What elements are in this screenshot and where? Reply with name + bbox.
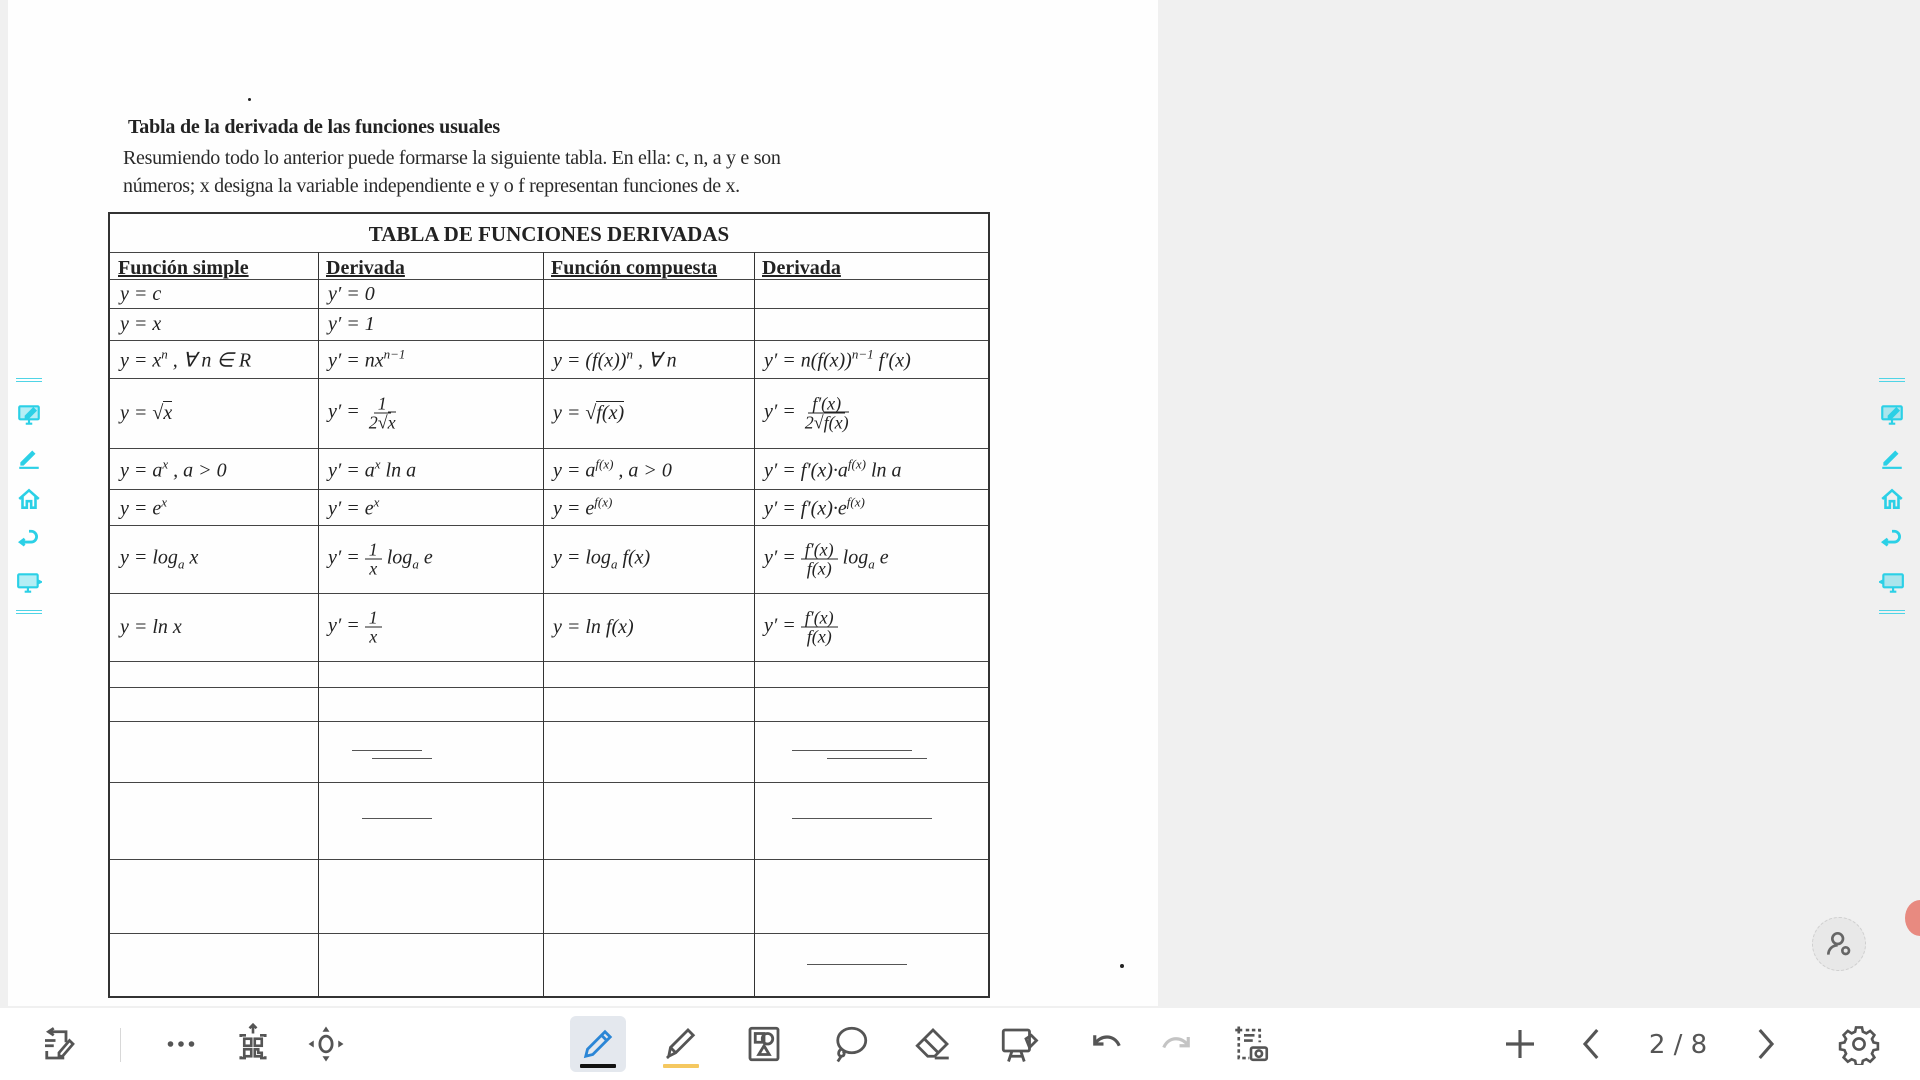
column-divider xyxy=(318,252,319,996)
pen-icon[interactable] xyxy=(14,442,44,472)
left-side-toolbar xyxy=(8,378,48,618)
column-header: Función compuesta xyxy=(551,257,717,280)
table-cell-compound-deriv: y′ = n(f(x))n−1 f′(x) xyxy=(764,348,911,371)
speck xyxy=(1120,964,1124,968)
user-icon xyxy=(1823,928,1855,960)
derivatives-table: TABLA DE FUNCIONES DERIVADAS Función sim… xyxy=(108,212,990,998)
floating-indicator[interactable] xyxy=(1905,900,1920,936)
shapes-tool-button[interactable] xyxy=(736,1016,792,1072)
qr-share-icon xyxy=(232,1023,274,1065)
pen-icon xyxy=(577,1023,619,1065)
annotate-screen-icon[interactable] xyxy=(1877,400,1907,430)
highlighter-icon xyxy=(660,1023,702,1065)
table-cell-compound-deriv: y′ = f′(x)f(x) loga e xyxy=(764,541,889,578)
table-rule xyxy=(110,489,988,490)
eraser-tool-button[interactable] xyxy=(905,1016,961,1072)
table-cell-simple: y = ex xyxy=(120,496,167,519)
pencil-mark xyxy=(827,758,927,759)
highlighter-tool-button[interactable] xyxy=(653,1016,709,1072)
collapse-handle[interactable] xyxy=(1879,378,1905,382)
screenshot-icon xyxy=(1230,1023,1272,1065)
table-rule xyxy=(110,378,988,379)
speck xyxy=(248,98,251,101)
table-rule xyxy=(110,782,988,783)
table-rule xyxy=(110,661,988,662)
table-cell-simple-deriv: y′ = ax ln a xyxy=(328,457,416,480)
pen-color-indicator xyxy=(580,1064,616,1068)
collapse-handle[interactable] xyxy=(1879,610,1905,614)
column-divider xyxy=(543,252,544,996)
plus-icon xyxy=(1499,1023,1541,1065)
pencil-mark xyxy=(352,750,422,751)
highlighter-color-indicator xyxy=(663,1064,699,1068)
screenshot-button[interactable] xyxy=(1223,1016,1279,1072)
table-rule xyxy=(110,448,988,449)
table-cell-simple: y = √x xyxy=(120,403,172,423)
table-cell-compound-deriv: y′ = f′(x)2√f(x) xyxy=(764,395,853,432)
annotate-screen-icon[interactable] xyxy=(14,400,44,430)
next-page-button[interactable] xyxy=(1737,1016,1793,1072)
table-cell-compound: y = ef(x) xyxy=(553,496,612,519)
back-icon[interactable] xyxy=(14,526,44,556)
intro-text: Resumiendo todo lo anterior puede formar… xyxy=(123,144,923,200)
table-cell-simple: y = c xyxy=(120,284,161,304)
lasso-icon xyxy=(829,1023,871,1065)
table-cell-compound: y = ln f(x) xyxy=(553,617,634,637)
column-header: Derivada xyxy=(326,257,405,280)
undo-button[interactable] xyxy=(1079,1016,1135,1072)
column-divider xyxy=(754,252,755,996)
add-page-button[interactable] xyxy=(1492,1016,1548,1072)
table-rule xyxy=(110,308,988,309)
collapse-handle[interactable] xyxy=(16,378,42,382)
pc-screen-icon[interactable] xyxy=(1877,568,1907,598)
table-cell-compound-deriv: y′ = f′(x)·af(x) ln a xyxy=(764,457,902,480)
back-icon[interactable] xyxy=(1877,526,1907,556)
whiteboard-icon xyxy=(998,1023,1040,1065)
table-rule xyxy=(110,340,988,341)
exit-annotation-icon xyxy=(38,1023,80,1065)
user-button[interactable] xyxy=(1812,917,1866,971)
table-cell-simple-deriv: y′ = 1 xyxy=(328,314,375,334)
table-cell-simple: y = ln x xyxy=(120,617,182,637)
home-icon[interactable] xyxy=(1877,484,1907,514)
pencil-mark xyxy=(372,758,432,759)
table-cell-compound-deriv: y′ = f′(x)f(x) xyxy=(764,609,838,646)
table-cell-compound: y = √f(x) xyxy=(553,403,624,423)
table-cell-simple-deriv: y′ = 1x loga e xyxy=(328,541,433,578)
redo-button[interactable] xyxy=(1148,1016,1204,1072)
chevron-right-icon xyxy=(1744,1023,1786,1065)
table-cell-simple-deriv: y′ = nxn−1 xyxy=(328,348,405,371)
move-view-button[interactable] xyxy=(298,1016,354,1072)
home-icon[interactable] xyxy=(14,484,44,514)
table-cell-simple: y = x xyxy=(120,314,161,334)
table-cell-simple-deriv: y′ = 12√x xyxy=(328,395,400,432)
intro-line-1: Resumiendo todo lo anterior puede formar… xyxy=(123,144,923,172)
pencil-mark xyxy=(362,818,432,819)
table-rule xyxy=(110,687,988,688)
table-cell-compound-deriv: y′ = f′(x)·ef(x) xyxy=(764,496,865,519)
table-title: TABLA DE FUNCIONES DERIVADAS xyxy=(110,222,988,247)
table-rule xyxy=(110,593,988,594)
table-rule xyxy=(110,933,988,934)
column-header: Derivada xyxy=(762,257,841,280)
table-rule xyxy=(110,721,988,722)
right-side-toolbar xyxy=(1871,378,1911,618)
table-rule xyxy=(110,252,988,253)
table-cell-compound: y = (f(x))n , ∀ n xyxy=(553,348,677,371)
lasso-tool-button[interactable] xyxy=(822,1016,878,1072)
pc-screen-icon[interactable] xyxy=(14,568,44,598)
column-header: Función simple xyxy=(118,257,249,280)
pen-icon[interactable] xyxy=(1877,442,1907,472)
intro-line-2: números; x designa la variable independi… xyxy=(123,172,923,200)
collapse-handle[interactable] xyxy=(16,610,42,614)
shapes-icon xyxy=(743,1023,785,1065)
eraser-icon xyxy=(912,1023,954,1065)
table-rule xyxy=(110,859,988,860)
table-cell-simple: y = loga x xyxy=(120,548,198,571)
table-cell-simple-deriv: y′ = 0 xyxy=(328,284,375,304)
table-cell-simple: y = xn , ∀ n ∈ R xyxy=(120,348,251,371)
pencil-mark xyxy=(792,818,932,819)
table-cell-simple-deriv: y′ = 1x xyxy=(328,609,382,646)
undo-icon xyxy=(1086,1023,1128,1065)
table-cell-compound: y = af(x) , a > 0 xyxy=(553,457,672,480)
exit-annotation-button[interactable] xyxy=(31,1016,87,1072)
document-title: Tabla de la derivada de las funciones us… xyxy=(128,116,500,139)
pen-tool-button[interactable] xyxy=(570,1016,626,1072)
qr-share-button[interactable] xyxy=(225,1016,281,1072)
more-icon xyxy=(160,1023,202,1065)
settings-button[interactable] xyxy=(1831,1016,1887,1072)
table-cell-simple-deriv: y′ = ex xyxy=(328,496,379,519)
toolbar-divider xyxy=(120,1028,121,1062)
move-view-icon xyxy=(305,1023,347,1065)
page-indicator: 2 / 8 xyxy=(1640,1030,1716,1060)
pencil-mark xyxy=(807,964,907,965)
chevron-left-icon xyxy=(1571,1023,1613,1065)
pencil-mark xyxy=(792,750,912,751)
whiteboard-button[interactable] xyxy=(991,1016,1047,1072)
bottom-toolbar: 2 / 8 xyxy=(0,1008,1920,1080)
table-cell-compound: y = loga f(x) xyxy=(553,548,650,571)
prev-page-button[interactable] xyxy=(1564,1016,1620,1072)
redo-icon xyxy=(1155,1023,1197,1065)
table-rule xyxy=(110,525,988,526)
table-cell-simple: y = ax , a > 0 xyxy=(120,457,227,480)
gear-icon xyxy=(1838,1023,1880,1065)
more-button[interactable] xyxy=(153,1016,209,1072)
